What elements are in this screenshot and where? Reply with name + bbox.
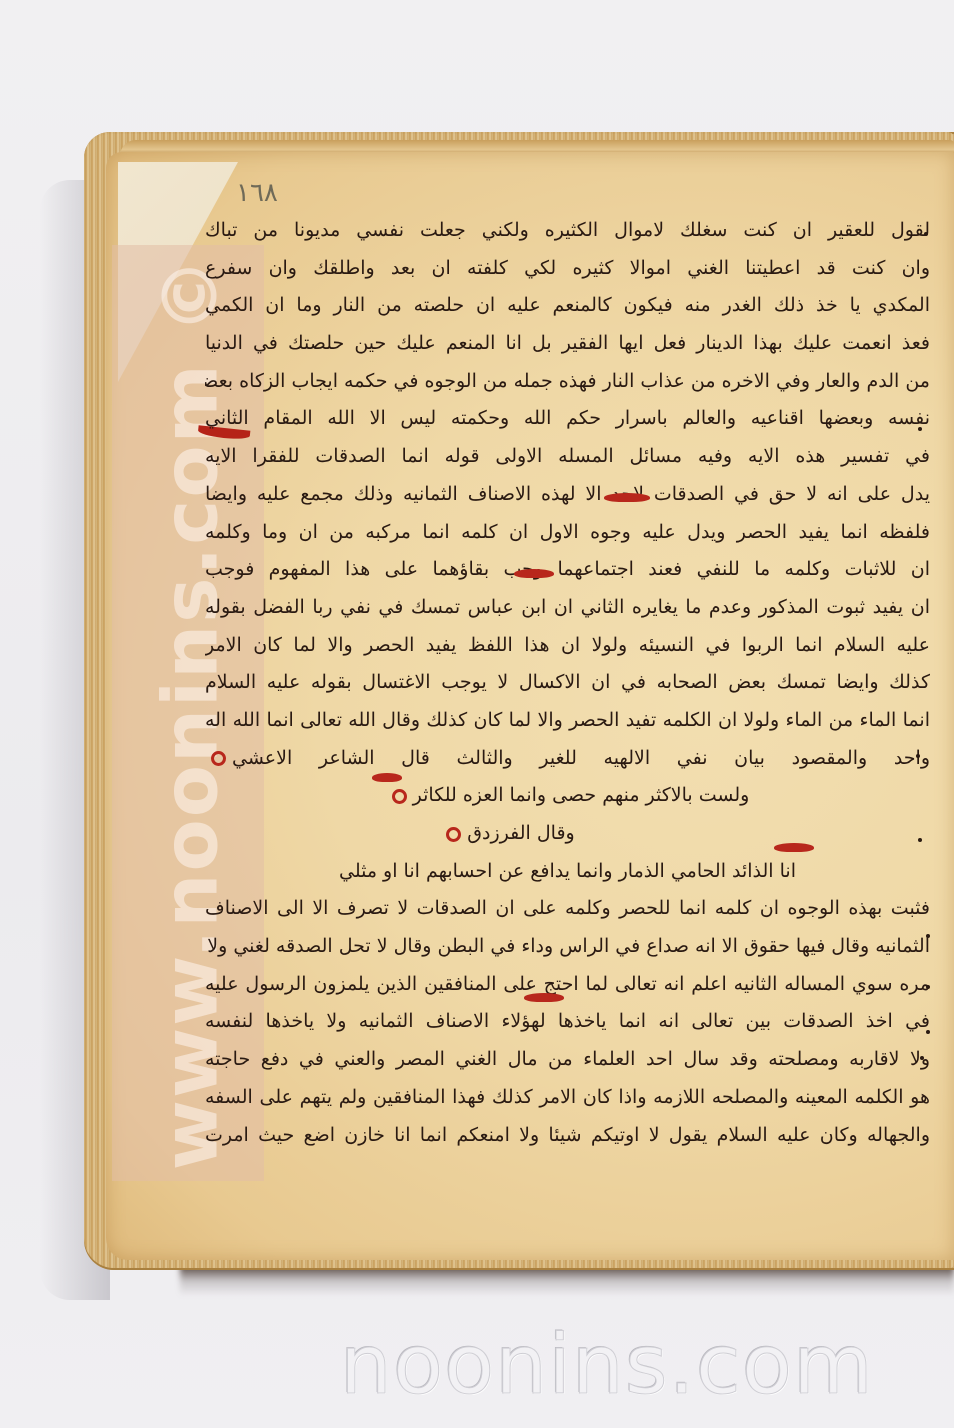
watermark-bottom: noonins.com: [340, 1318, 874, 1413]
manuscript-text: لقول للعقير ان كنت سغلك لاموال الكثيره و…: [205, 212, 930, 1154]
rubric-mark: [372, 773, 402, 782]
text-line: لقول للعقير ان كنت سغلك لاموال الكثيره و…: [205, 212, 930, 250]
verse-line: ولست بالاكثر منهم حصى وانما العزه للكاثر: [205, 777, 930, 815]
text-line: من الدم والعار وفي الاخره من عذاب النار …: [205, 363, 930, 401]
verse-text: ولست بالاكثر منهم حصى وانما العزه للكاثر: [413, 784, 750, 806]
red-verse-marker-icon: [211, 751, 226, 766]
folio-number: ١٦٨: [236, 178, 278, 208]
text-line: فثبت بهذه الوجوه ان كلمه انما للحصر وكلم…: [205, 890, 930, 928]
text-line: والجهاله وكان عليه السلام يقول لا اوتيكم…: [205, 1117, 930, 1155]
text-line: واحد والمقصود بيان نفي الالهيه للغير وال…: [205, 740, 930, 778]
text-line: انما الماء من الماء ولولا ان الكلمه تفيد…: [205, 702, 930, 740]
verse-intro: واحد والمقصود بيان نفي الالهيه للغير وال…: [232, 747, 930, 769]
text-line: مره سوي المساله الثانيه اعلم انه تعالى ل…: [205, 966, 930, 1004]
verse-intro-line: وقال الفرزدق: [205, 815, 930, 853]
text-line: فعذ انعمت عليك بهذا الدينار فعل ايها الف…: [205, 325, 930, 363]
rubric-mark: [774, 843, 814, 852]
verse-line: انا الذائد الحامي الذمار وانما يدافع عن …: [205, 853, 930, 891]
text-line: هو الكلمه المعينه والمصلحه اللازمه واذا …: [205, 1079, 930, 1117]
text-line: عليه السلام انما الربوا في النسيئه ولولا…: [205, 627, 930, 665]
text-line: كذلك وايضا تمسك بعض الصحابه في ان الاكسا…: [205, 664, 930, 702]
text-line: يدل على انه لا حق في الصدقات لاحد الا له…: [205, 476, 930, 514]
red-verse-marker-icon: [392, 789, 407, 804]
text-line: ان للاثبات وكلمه ما للنفي فعند اجتماعهما…: [205, 551, 930, 589]
text-line: في تفسير هذه الايه وفيه مسائل المسله الا…: [205, 438, 930, 476]
rubric-mark: [524, 993, 564, 1002]
text-line: ان يفيد ثبوت المذكور وعدم ما يغايره الثا…: [205, 589, 930, 627]
text-line: نفسه وبعضها اقناعيه والعالم باسرار حكم ا…: [205, 400, 930, 438]
rubric-mark: [604, 493, 650, 502]
text-line: وان كنت قد اعطيتنا الغني اموالا كثيره لك…: [205, 250, 930, 288]
rubric-mark: [514, 569, 554, 578]
text-line: ولا لاقاربه ومصلحته وقد سال احد العلماء …: [205, 1041, 930, 1079]
text-line: الثمانيه وقال فيها حقوق الا انه صداع في …: [205, 928, 930, 966]
text-line: في اخذ الصدقات بين تعالى انه انما ياخذها…: [205, 1003, 930, 1041]
text-line: فلفظه انما يفيد الحصر ويدل عليه وجوه الا…: [205, 514, 930, 552]
verse-intro: وقال الفرزدق: [467, 822, 574, 844]
red-verse-marker-icon: [446, 827, 461, 842]
text-line: المكدي يا خذ ذلك الغدر منه فيكون كالمنعم…: [205, 287, 930, 325]
